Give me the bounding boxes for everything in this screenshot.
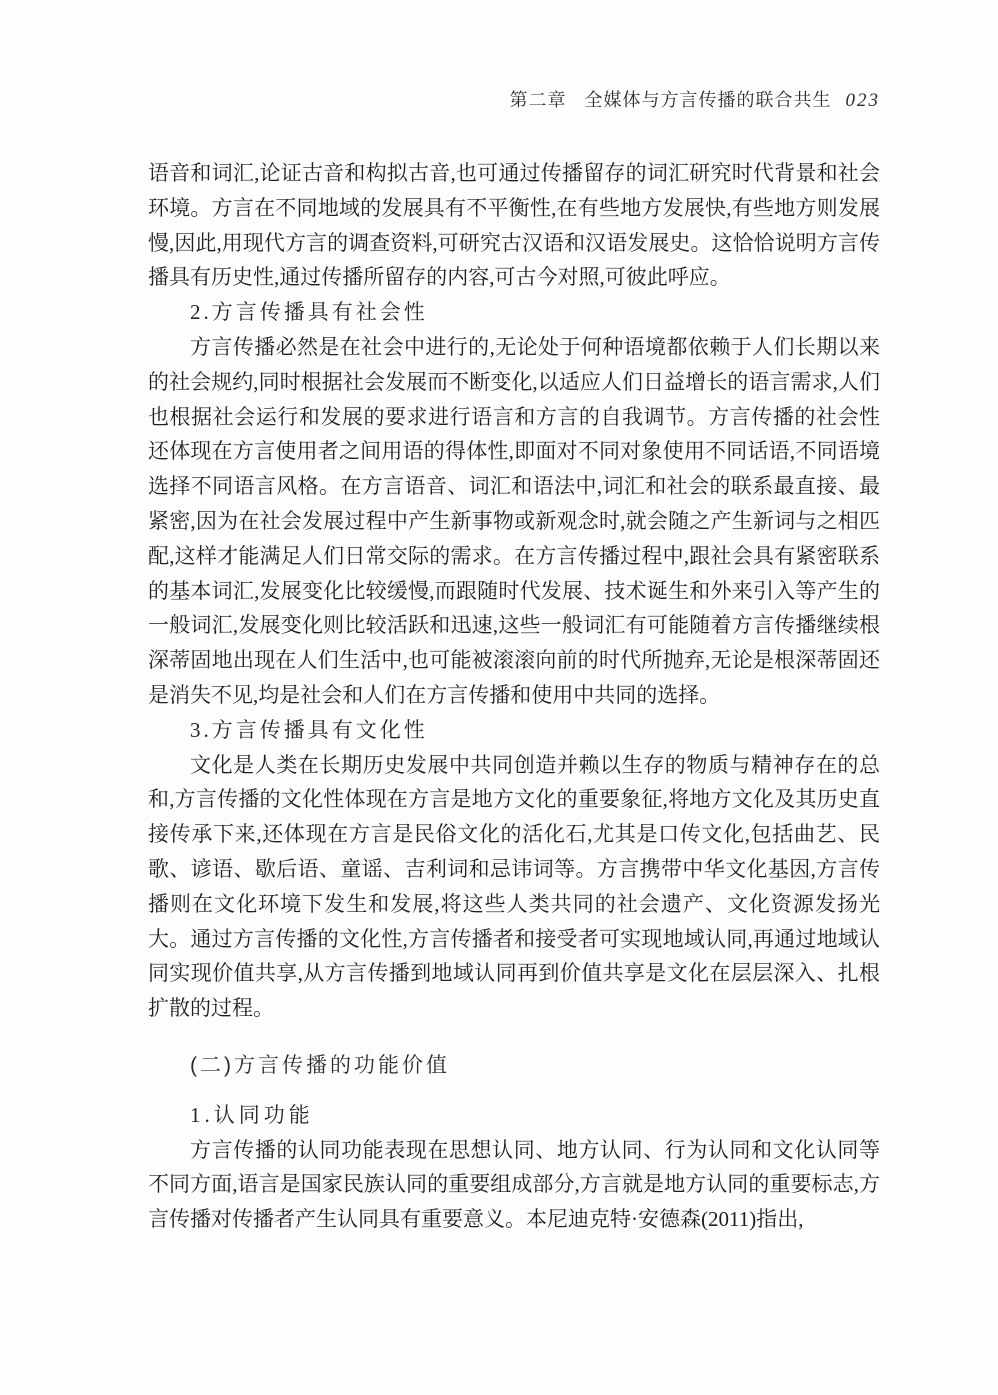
paragraph-identity-function: 方言传播的认同功能表现在思想认同、地方认同、行为认同和文化认同等不同方面,语言是… [148,1133,880,1237]
heading-social-attribute: 2.方言传播具有社会性 [148,295,880,330]
heading-identity-function: 1.认同功能 [148,1098,880,1133]
header-title: 全媒体与方言传播的联合共生 [585,90,832,110]
page-number: 023 [846,90,881,111]
paragraph-cultural-attribute: 文化是人类在长期历史发展中共同创造并赖以生存的物质与精神存在的总和,方言传播的文… [148,748,880,1026]
book-page: 第二章全媒体与方言传播的联合共生023 语音和词汇,论证古音和构拟古音,也可通过… [0,0,998,1395]
heading-section-function-value: (二)方言传播的功能价值 [148,1049,880,1084]
paragraph-social-attribute: 方言传播必然是在社会中进行的,无论处于何种语境都依赖于人们长期以来的社会规约,同… [148,330,880,713]
header-chapter: 第二章 [510,90,567,110]
heading-cultural-attribute: 3.方言传播具有文化性 [148,713,880,748]
running-header: 第二章全媒体与方言传播的联合共生023 [0,86,880,112]
paragraph-historicity-continued: 语音和词汇,论证古音和构拟古音,也可通过传播留存的词汇研究时代背景和社会环境。方… [148,156,880,295]
page-body: 语音和词汇,论证古音和构拟古音,也可通过传播留存的词汇研究时代背景和社会环境。方… [148,156,880,1237]
